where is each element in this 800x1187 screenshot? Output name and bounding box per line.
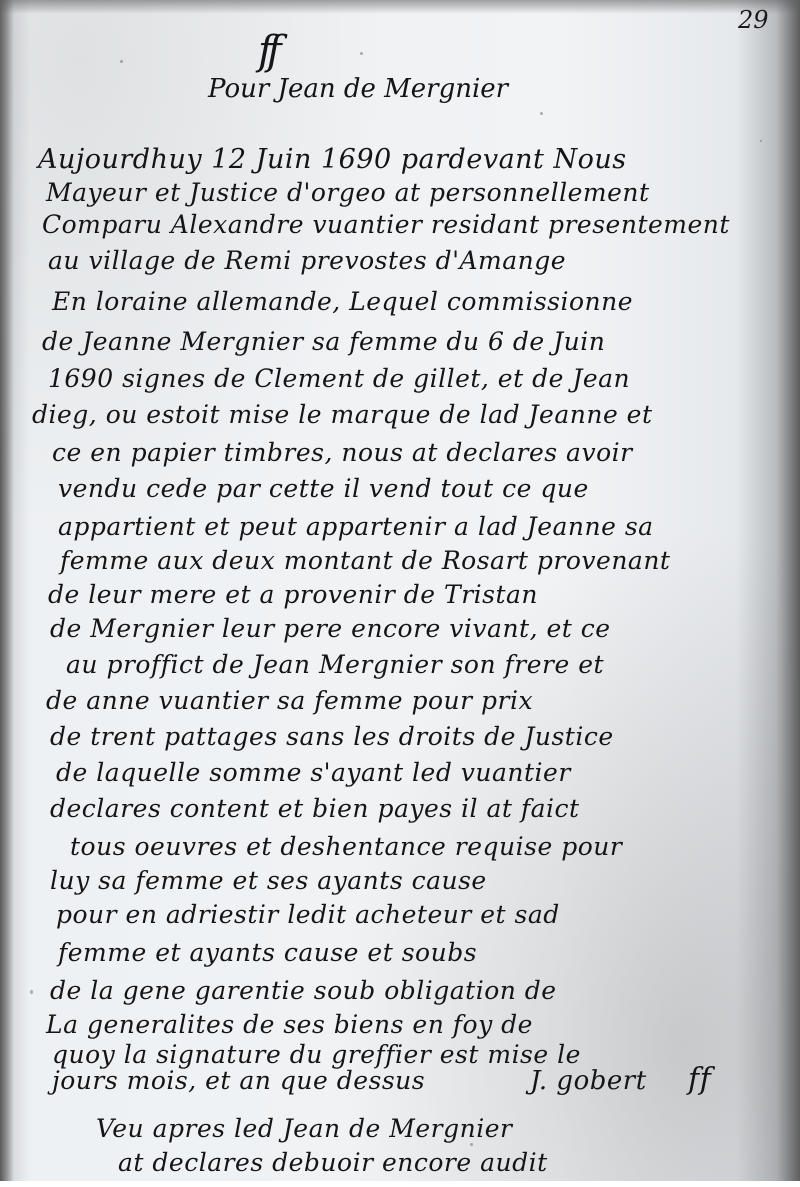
text-line-19: declares content et bien payes il at fai… bbox=[50, 794, 580, 823]
text-line-18: de laquelle somme s'ayant led vuantier bbox=[56, 758, 571, 787]
text-line-6: de Jeanne Mergnier sa femme du 6 de Juin bbox=[42, 327, 605, 356]
text-line-16: de anne vuantier sa femme pour prix bbox=[46, 686, 533, 715]
text-line-27: jours mois, et an que dessus bbox=[52, 1066, 425, 1095]
text-line-4: au village de Remi prevostes d'Amange bbox=[48, 246, 566, 275]
text-line-2: Mayeur et Justice d'orgeo at personnelle… bbox=[46, 178, 650, 207]
page-number: 29 bbox=[738, 6, 769, 34]
marginal-mark: ff bbox=[258, 28, 276, 74]
paper-speck bbox=[360, 52, 363, 55]
paper-speck bbox=[760, 140, 762, 142]
scan-top-shadow bbox=[0, 0, 800, 14]
text-line-14: de Mergnier leur pere encore vivant, et … bbox=[50, 614, 611, 643]
text-line-17: de trent pattages sans les droits de Jus… bbox=[50, 722, 614, 751]
text-line-21: luy sa femme et ses ayants cause bbox=[50, 866, 487, 895]
paper-speck bbox=[540, 112, 543, 115]
text-line-28: Veu apres led Jean de Mergnier bbox=[96, 1114, 512, 1143]
paper-speck bbox=[30, 990, 33, 994]
text-line-24: de la gene garentie soub obligation de bbox=[50, 976, 557, 1005]
paper-speck bbox=[470, 1143, 473, 1146]
text-line-11: appartient et peut appartenir a lad Jean… bbox=[58, 512, 654, 541]
text-line-9: ce en papier timbres, nous at declares a… bbox=[52, 438, 633, 467]
text-line-7: 1690 signes de Clement de gillet, et de … bbox=[48, 364, 630, 393]
text-line-15: au proffict de Jean Mergnier son frere e… bbox=[66, 650, 604, 679]
scan-bottom-edge bbox=[0, 1181, 800, 1187]
text-line-26: quoy la signature du greffier est mise l… bbox=[52, 1040, 581, 1069]
text-line-29: at declares debuoir encore audit bbox=[118, 1148, 548, 1177]
paper-speck bbox=[120, 60, 123, 63]
document-heading: Pour Jean de Mergnier bbox=[208, 74, 508, 104]
text-line-23: femme et ayants cause et soubs bbox=[58, 938, 477, 967]
signature: J. gobert bbox=[530, 1066, 647, 1096]
text-line-1: Aujourdhuy 12 Juin 1690 pardevant Nous bbox=[38, 144, 627, 175]
text-line-5: En loraine allemande, Lequel commissionn… bbox=[52, 287, 633, 316]
text-line-25: La generalites de ses biens en foy de bbox=[46, 1010, 533, 1039]
text-line-13: de leur mere et a provenir de Tristan bbox=[48, 580, 538, 609]
signature-flourish: ff bbox=[688, 1062, 711, 1097]
text-line-8: dieg, ou estoit mise le marque de lad Je… bbox=[32, 400, 653, 429]
text-line-12: femme aux deux montant de Rosart provena… bbox=[60, 546, 670, 575]
text-line-22: pour en adriestir ledit acheteur et sad bbox=[56, 900, 560, 929]
text-line-20: tous oeuvres et deshentance requise pour bbox=[70, 832, 622, 861]
text-line-3: Comparu Alexandre vuantier residant pres… bbox=[42, 210, 730, 239]
text-line-10: vendu cede par cette il vend tout ce que bbox=[58, 474, 589, 503]
